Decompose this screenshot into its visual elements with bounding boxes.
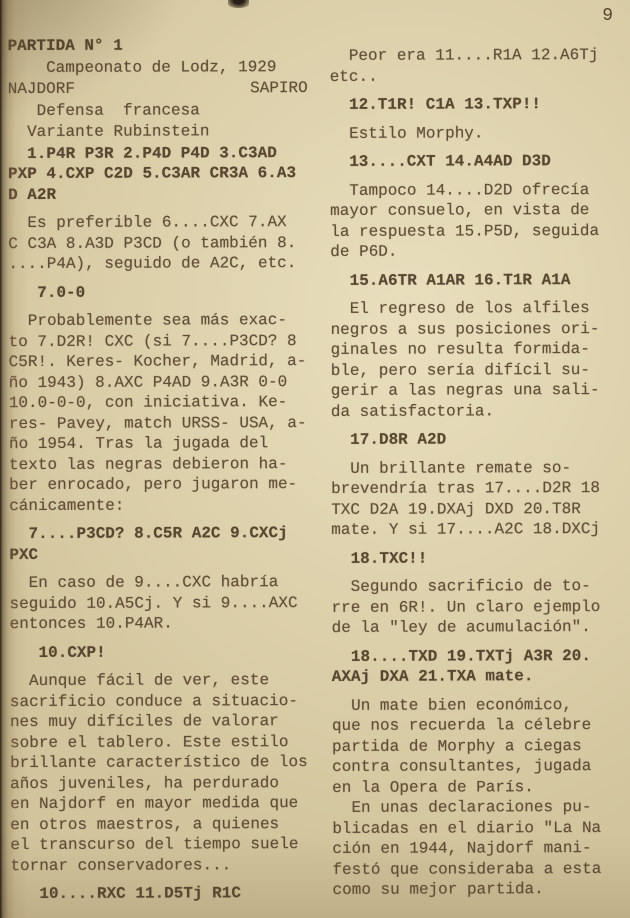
moves-18-txd-mate: 18....TXD 19.TXTj A3R 20. AXAj DXA 21.TX… [332,645,626,687]
moves-10-rxc: 10....RXC 11.D5Tj R1C [10,883,312,905]
move-18-txc: 18.TXC!! [331,547,625,569]
comment-en-caso: En caso de 9....CXC habría seguido 10.A5… [9,572,311,635]
moves-7-p3cd: 7....P3CD? 8.C5R A2C 9.CXCj PXC [9,523,311,565]
moves-13-cxt: 13....CXT 14.A4AD D3D [330,151,624,173]
move-17-d8r: 17.D8R A2D [331,429,625,451]
comment-brillante-remate: Un brillante remate so- brevendría tras … [331,457,625,540]
moves-15-a6tr: 15.A6TR A1AR 16.T1R A1A [330,269,624,291]
white-player-name: NAJDORF [8,79,75,100]
scanned-book-page: 9 PARTIDA N° 1 Campeonato de Lodz, 1929 … [0,0,630,918]
comment-regreso-alfiles: El regreso de los alfiles negros a sus p… [330,298,624,422]
left-column: PARTIDA N° 1 Campeonato de Lodz, 1929 NA… [8,35,313,913]
black-player-name: SAPIRO [250,78,308,99]
comment-mate-economico: Un mate bien económico, que nos recuerda… [332,694,627,900]
event-line: Campeonato de Lodz, 1929 [8,57,310,79]
players-row: NAJDORF SAPIRO [8,78,310,100]
move-10-cxp: 10.CXP! [10,642,312,664]
right-column: Peor era 11....R1A 12.A6Tj etc.. 12.T1R!… [330,45,627,912]
move-7-castles: 7.0-0 [8,282,310,304]
variation-name-line: Variante Rubinstein [8,121,310,143]
comment-segundo-sacrificio: Segundo sacrificio de to- rre en 6R!. Un… [331,576,625,639]
comment-probablemente: Probablemente sea más exac- to 7.D2R! CX… [8,310,311,516]
comment-aunque-facil: Aunque fácil de ver, este sacrificio con… [10,670,313,876]
comment-peor-era: Peor era 11....R1A 12.A6Tj etc.. [330,45,624,87]
opening-moves-line: 1.P4R P3R 2.P4D P4D 3.C3AD PXP 4.CXP C2D… [8,143,310,206]
game-heading: PARTIDA N° 1 [8,35,310,57]
comment-tampoco: Tampoco 14....D2D ofrecía mayor consuelo… [330,179,624,262]
ink-smudge [228,0,249,8]
moves-12-t1r: 12.T1R! C1A 13.TXP!! [330,94,624,116]
comment-preferible: Es preferible 6....CXC 7.AX C C3A 8.A3D … [8,212,310,275]
opening-name-line: Defensa francesa [8,100,310,122]
comment-estilo-morphy: Estilo Morphy. [330,122,624,144]
text-columns: PARTIDA N° 1 Campeonato de Lodz, 1929 NA… [0,0,630,913]
